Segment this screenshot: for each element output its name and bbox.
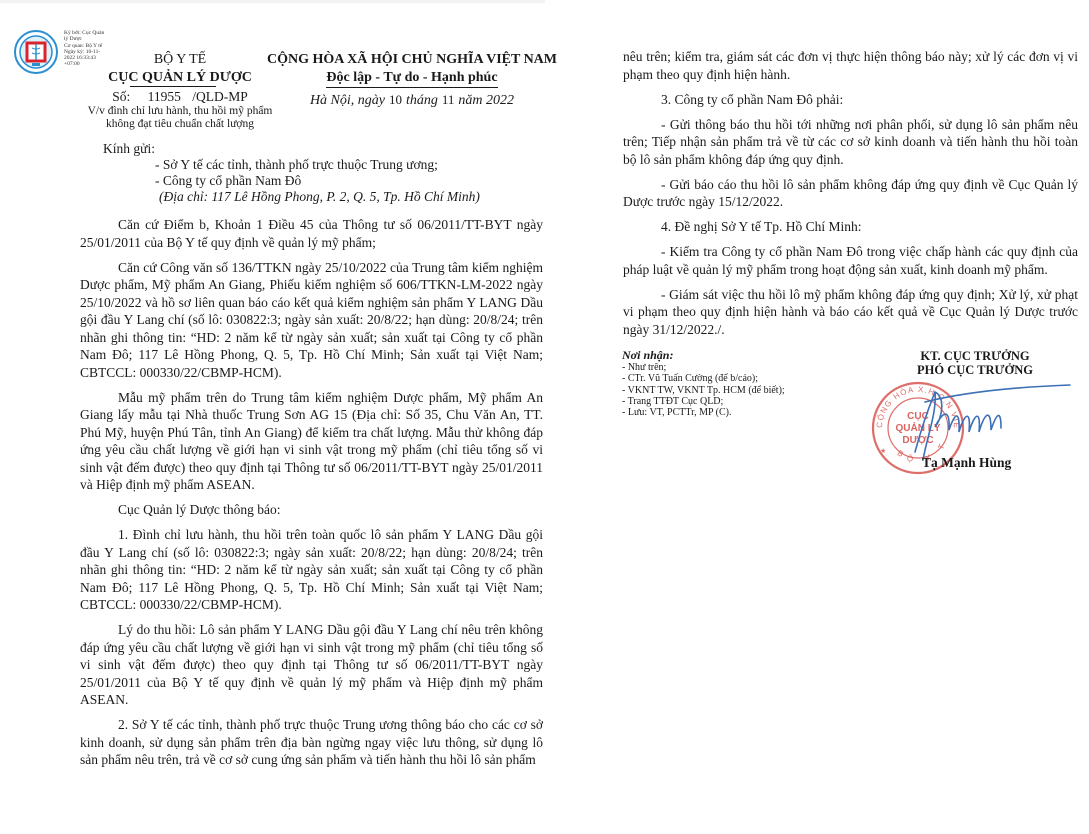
date-day: 10 [389, 92, 402, 107]
body-paragraph: Cục Quản lý Dược thông báo: [80, 501, 543, 519]
ministry-name: BỘ Y TẾ [80, 52, 280, 68]
subject-line-2: không đạt tiêu chuẩn chất lượng [80, 118, 280, 131]
document-number: Số: 11955 /QLD-MP [80, 88, 280, 105]
body-paragraph: - Giám sát việc thu hồi lô mỹ phẩm không… [623, 286, 1078, 339]
subject-line-1: V/v đình chỉ lưu hành, thu hồi mỹ phẩm [80, 105, 280, 118]
doc-no-suffix: /QLD-MP [192, 88, 248, 105]
recipient-address: (Địa chỉ: 117 Lê Hồng Phong, P. 2, Q. 5,… [103, 189, 480, 205]
distribution-title: Nơi nhận: [622, 349, 852, 362]
signer-title: KT. CỤC TRƯỞNG PHÓ CỤC TRƯỞNG [880, 349, 1070, 377]
recipients-block: Kính gửi: - Sở Y tế các tỉnh, thành phố … [103, 141, 480, 205]
recipient-item: - Công ty cổ phần Nam Đô [103, 173, 480, 189]
agency-name: CỤC QUẢN LÝ DƯỢC [108, 70, 252, 86]
body-paragraph: Lý do thu hồi: Lô sản phẩm Y LANG Dầu gộ… [80, 621, 543, 709]
body-paragraph: Căn cứ Điểm b, Khoản 1 Điều 45 của Thông… [80, 216, 543, 251]
recipients-title: Kính gửi: [103, 141, 480, 157]
issue-date: Hà Nội, ngày10tháng11năm 2022 [262, 91, 562, 110]
distribution-item: - CTr. Vũ Tuấn Cường (để b/cáo); [622, 373, 852, 384]
body-continuation: nêu trên; kiểm tra, giám sát các đơn vị … [623, 48, 1078, 83]
body-paragraph: - Gửi thông báo thu hồi tới những nơi ph… [623, 116, 1078, 169]
distribution-item: - Lưu: VT, PCTTr, MP (C). [622, 407, 852, 418]
recipient-item: - Sở Y tế các tỉnh, thành phố trực thuộc… [103, 157, 480, 173]
body-paragraph: Mẫu mỹ phẩm trên do Trung tâm kiểm nghiệ… [80, 389, 543, 494]
national-header: CỘNG HÒA XÃ HỘI CHỦ NGHĨA VIỆT NAM Độc l… [262, 52, 562, 110]
body-paragraph: - Kiểm tra Công ty cổ phần Nam Đô trong … [623, 243, 1078, 278]
ministry-logo-icon [14, 30, 58, 74]
doc-no-label: Số: [112, 88, 130, 105]
doc-no-value: 11955 [148, 88, 181, 105]
page-top-edge [0, 0, 545, 3]
nation-title: CỘNG HÒA XÃ HỘI CHỦ NGHĨA VIỆT NAM [262, 52, 562, 68]
body-paragraph: - Gửi báo cáo thu hồi lô sản phẩm không … [623, 176, 1078, 211]
date-month-label: tháng [406, 93, 438, 108]
distribution-item: - VKNT TW, VKNT Tp. HCM (để biết); [622, 385, 852, 396]
signer-line-2: PHÓ CỤC TRƯỞNG [880, 363, 1070, 377]
issuer-header: BỘ Y TẾ CỤC QUẢN LÝ DƯỢC Số: 11955 /QLD-… [80, 52, 280, 130]
signature-line: Cơ quan: Bộ Y tế [64, 43, 108, 49]
body-paragraph: 3. Công ty cổ phần Nam Đô phải: [623, 91, 1078, 109]
svg-text:★: ★ [880, 447, 886, 455]
date-year: năm 2022 [458, 93, 514, 108]
distribution-list: Nơi nhận: - Như trên; - CTr. Vũ Tuấn Cườ… [622, 349, 852, 418]
body-paragraph: 1. Đình chỉ lưu hành, thu hồi trên toàn … [80, 526, 543, 614]
body-left-column: Căn cứ Điểm b, Khoản 1 Điều 45 của Thông… [80, 216, 543, 776]
distribution-item: - Trang TTĐT Cục QLD; [622, 396, 852, 407]
body-right-column: nêu trên; kiểm tra, giám sát các đơn vị … [623, 48, 1078, 346]
date-month: 11 [442, 92, 455, 107]
date-prefix: Hà Nội, ngày [310, 93, 385, 108]
handwritten-signature-icon [905, 382, 1075, 464]
signer-line-1: KT. CỤC TRƯỞNG [880, 349, 1070, 363]
body-paragraph: 4. Đề nghị Sở Y tế Tp. Hồ Chí Minh: [623, 218, 1078, 236]
distribution-item: - Như trên; [622, 362, 852, 373]
body-paragraph: 2. Sở Y tế các tỉnh, thành phố trực thuộ… [80, 716, 543, 769]
national-motto: Độc lập - Tự do - Hạnh phúc [326, 70, 497, 88]
signer-name: Tạ Mạnh Hùng [922, 455, 1011, 471]
body-paragraph: Căn cứ Công văn số 136/TTKN ngày 25/10/2… [80, 259, 543, 382]
